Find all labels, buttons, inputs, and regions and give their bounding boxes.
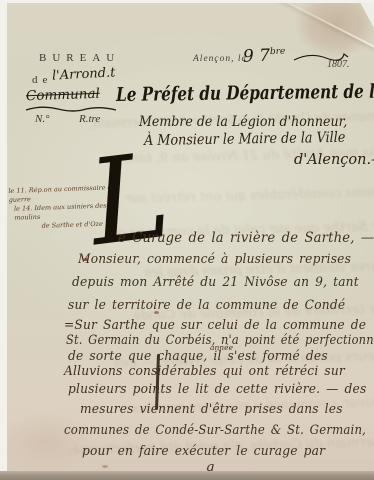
- body-line: communes de Condé-Sur-Sarthe & St. Germa…: [64, 423, 366, 438]
- letterhead-bureau-label: BUREAU: [39, 52, 120, 64]
- body-line: Alluvions considérables qui ont rétréci …: [64, 364, 345, 379]
- dateline-place: Alençon, le: [193, 54, 247, 64]
- letterhead-communal-handwritten: Communal: [26, 86, 100, 105]
- letterhead-numero-label: N.°: [35, 113, 50, 125]
- body-line: =Sur Sarthe que sur celui de la commune …: [64, 318, 366, 333]
- dateline-month: 7: [259, 46, 271, 66]
- dateline-year: 1807.: [327, 59, 350, 70]
- paper-sheet: communes de Condé-Sur-Sarthe & St. Germa…: [6, 2, 374, 472]
- page-bottom-edge: [0, 471, 374, 480]
- ink-speck: [102, 465, 108, 468]
- letterhead-registre-label: R.tre: [79, 113, 100, 125]
- scanned-letter-page: communes de Condé-Sur-Sarthe & St. Germa…: [0, 0, 374, 480]
- scan-border-left: [0, 0, 7, 480]
- scan-border-top: [0, 0, 374, 3]
- dateline-month-suffix: bre: [270, 47, 286, 58]
- letterhead-office-handwritten: l'Arrond.t: [52, 65, 116, 83]
- dateline-day: 9: [243, 46, 255, 66]
- letterhead-de-label: de: [32, 74, 52, 86]
- recipient-line-2: d'Alençon.—: [294, 152, 374, 168]
- body-line: plusieurs points le lit de cette rivière…: [68, 382, 366, 397]
- body-line: depuis mon Arrêté du 21 Nivôse an 9, tan…: [72, 275, 359, 290]
- body-line: e Curage de la rivière de Sarthe, —: [118, 230, 374, 246]
- sender-title-line: Le Préfet du Département de l'Orne,: [116, 80, 374, 106]
- body-line: de sorte que chaque, il s'est formé des: [68, 349, 328, 364]
- recipient-line-1: À Monsieur le Maire de la Ville: [144, 130, 345, 149]
- torn-corner: [360, 2, 374, 28]
- sender-honors-line: Membre de la Légion d'honneur,: [139, 114, 347, 130]
- body-line: mesures viennent d'être prises dans les: [80, 402, 343, 417]
- body-line: sur le territoire de la commune de Condé: [68, 298, 345, 313]
- body-line: pour en faire exécuter le curage par: [82, 444, 325, 459]
- interlinear-insertion: année: [210, 343, 233, 352]
- dateline-day-handwritten: 9 7bre: [243, 45, 286, 66]
- body-line: Monsieur, commencé à plusieurs reprises: [78, 252, 351, 267]
